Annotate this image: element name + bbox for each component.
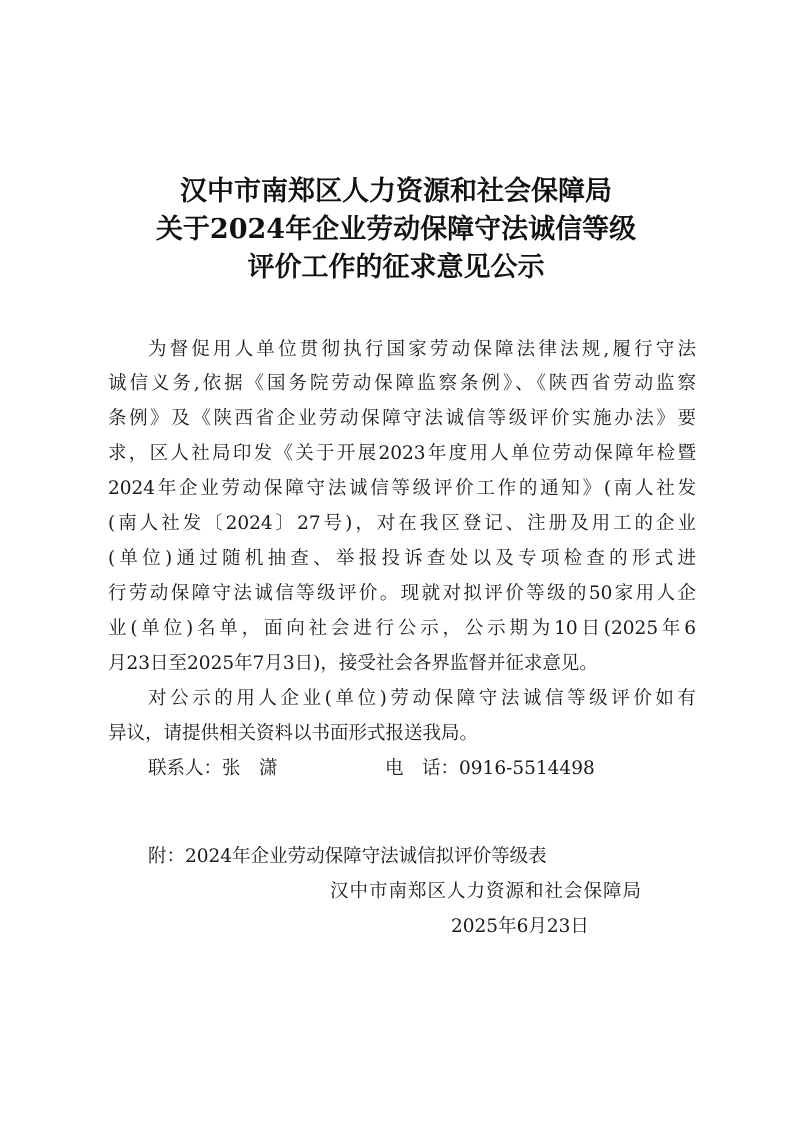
paragraph-1-line-5: 2024年企业劳动保障守法诚信等级评价工作的通知》(南人社发	[108, 477, 696, 501]
paragraph-1-line-10: 月23日至2025年7月3日)，接受社会各界监督并征求意见。	[108, 652, 696, 676]
document-title-line-1: 汉中市南郑区人力资源和社会保障局	[0, 173, 792, 211]
contact-person-name: 张 潇	[222, 758, 278, 779]
paragraph-1-line-6: (南人社发〔2024〕27号)，对在我区登记、注册及用工的企业	[108, 512, 696, 536]
paragraph-1-line-9: 业(单位)名单，面向社会进行公示，公示期为10日(2025年6	[108, 617, 696, 641]
contact-person: 联系人：张 潇	[148, 757, 278, 781]
contact-phone-number: 0916-5514498	[459, 758, 595, 779]
document-title-line-2: 关于2024年企业劳动保障守法诚信等级	[0, 211, 792, 249]
document-title-line-3: 评价工作的征求意见公示	[0, 249, 792, 287]
contact-phone-label: 电 话：	[385, 758, 459, 779]
paragraph-1-line-1: 为督促用人单位贯彻执行国家劳动保障法律法规,履行守法	[148, 338, 696, 362]
paragraph-1-line-7: (单位)通过随机抽查、举报投诉查处以及专项检查的形式进	[108, 547, 696, 571]
paragraph-2-line-2: 异议，请提供相关资料以书面形式报送我局。	[108, 722, 696, 746]
paragraph-1-line-4: 求，区人社局印发《关于开展2023年度用人单位劳动保障年检暨	[108, 442, 696, 466]
paragraph-1-line-2: 诚信义务,依据《国务院劳动保障监察条例》、《陕西省劳动监察	[108, 372, 696, 396]
signature-date: 2025年6月23日	[451, 915, 589, 939]
paragraph-2-line-1: 对公示的用人企业(单位)劳动保障守法诚信等级评价如有	[148, 687, 696, 711]
attachment-note: 附：2024年企业劳动保障守法诚信拟评价等级表	[148, 845, 547, 869]
paragraph-1-line-3: 条例》及《陕西省企业劳动保障守法诚信等级评价实施办法》要	[108, 407, 696, 431]
contact-person-label: 联系人：	[148, 758, 222, 779]
contact-phone: 电 话：0916-5514498	[385, 757, 595, 781]
paragraph-1-line-8: 行劳动保障守法诚信等级评价。现就对拟评价等级的50家用人企	[108, 582, 696, 606]
document-page: 汉中市南郑区人力资源和社会保障局 关于2024年企业劳动保障守法诚信等级 评价工…	[0, 0, 792, 1121]
signature-organization: 汉中市南郑区人力资源和社会保障局	[330, 880, 642, 904]
